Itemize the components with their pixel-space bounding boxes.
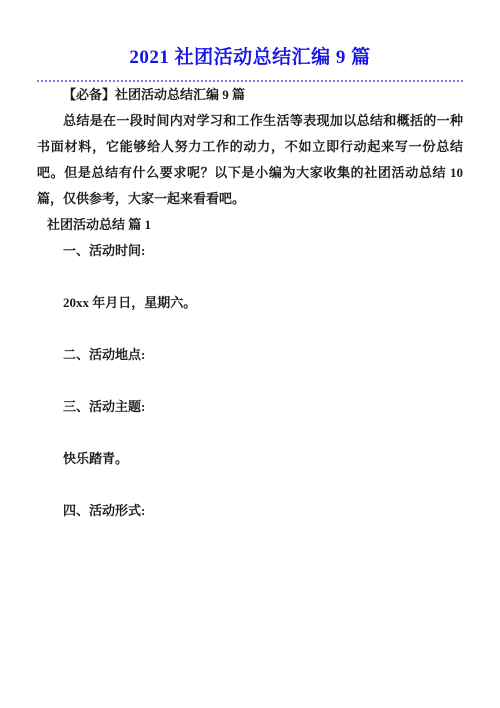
outline-line-activity-time: 一、活动时间: [37, 238, 463, 264]
document-page: 2021 社团活动总结汇编 9 篇 【必备】社团活动总结汇编 9 篇 总结是在一… [0, 0, 500, 708]
document-title: 2021 社团活动总结汇编 9 篇 [0, 45, 500, 71]
outline-line-activity-place: 二、活动地点: [37, 342, 463, 368]
outline-line-activity-form: 四、活动形式: [37, 498, 463, 524]
section-heading: 社团活动总结 篇 1 [37, 212, 463, 238]
outline-line-activity-theme: 三、活动主题: [37, 394, 463, 420]
outline-line-date-value: 20xx 年月日，星期六。 [37, 290, 463, 316]
outline-line-theme-value: 快乐踏青。 [37, 446, 463, 472]
document-body: 【必备】社团活动总结汇编 9 篇 总结是在一段时间内对学习和工作生活等表现加以总… [37, 82, 463, 524]
intro-paragraph: 总结是在一段时间内对学习和工作生活等表现加以总结和概括的一种书面材料，它能够给人… [37, 108, 463, 212]
document-subtitle: 【必备】社团活动总结汇编 9 篇 [37, 82, 463, 108]
